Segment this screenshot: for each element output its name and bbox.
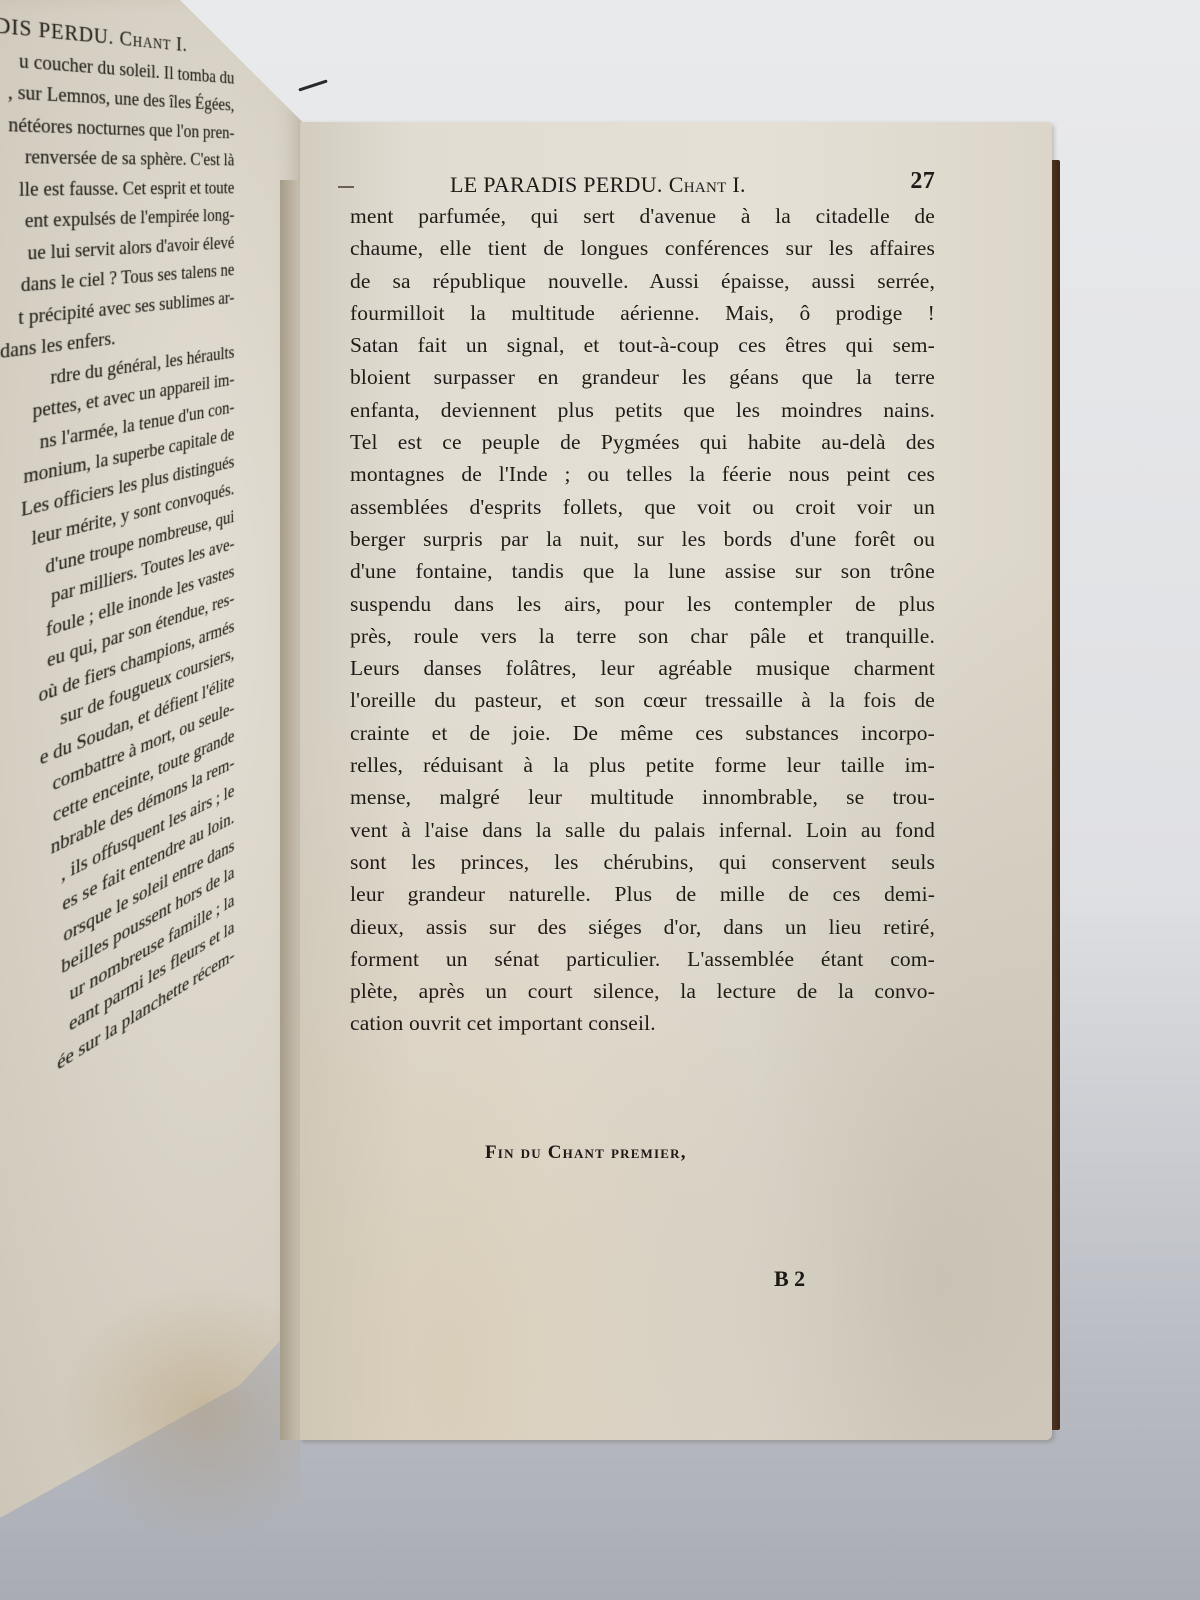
- text-line: dieux, assis sur des siéges d'or, dans u…: [350, 911, 935, 943]
- text-line: ment parfumée, qui sert d'avenue à la ci…: [350, 200, 935, 232]
- text-line: bloient surpasser en grandeur les géans …: [350, 361, 935, 393]
- body-text: ment parfumée, qui sert d'avenue à la ci…: [350, 200, 935, 1040]
- text-line: leur grandeur naturelle. Plus de mille d…: [350, 878, 935, 910]
- text-line: Satan fait un signal, et tout-à-coup ces…: [350, 329, 935, 361]
- text-line: Leurs danses folâtres, leur agréable mus…: [350, 652, 935, 684]
- text-line: fourmilloit la multitude aérienne. Mais,…: [350, 297, 935, 329]
- text-line: forment un sénat particulier. L'assemblé…: [350, 943, 935, 975]
- text-line: cation ouvrit cet important conseil.: [350, 1007, 935, 1039]
- text-line: de sa république nouvelle. Aussi épaisse…: [350, 265, 935, 297]
- text-line: sont les princes, les chérubins, qui con…: [350, 846, 935, 878]
- left-line: renversée de sa sphère. C'est là: [0, 140, 234, 173]
- text-line: l'oreille du pasteur, et son cœur tressa…: [350, 684, 935, 716]
- text-line: montagnes de l'Inde ; ou telles la féeri…: [350, 458, 935, 490]
- text-line: enfanta, deviennent plus petits que les …: [350, 394, 935, 426]
- text-line: d'une fontaine, tandis que la lune assis…: [350, 555, 935, 587]
- text-line: relles, réduisant à la plus petite forme…: [350, 749, 935, 781]
- text-line: près, roule vers la terre son char pâle …: [350, 620, 935, 652]
- running-head-chant: Chant I.: [669, 172, 746, 197]
- text-line: vent à l'aise dans la salle du palais in…: [350, 814, 935, 846]
- text-line: berger surpris par la nuit, sur les bord…: [350, 523, 935, 555]
- right-page-content: LE PARADIS PERDU.Chant I. 27 ment parfum…: [350, 166, 935, 1040]
- running-head-title: LE PARADIS PERDU.Chant I.: [450, 172, 746, 198]
- bookmark-thread: [298, 79, 327, 91]
- text-line: assemblées d'esprits follets, que voit o…: [350, 491, 935, 523]
- left-page-stain: [60, 1280, 300, 1540]
- text-line: mense, malgré leur multitude innombrable…: [350, 781, 935, 813]
- text-line: chaume, elle tient de longues conférence…: [350, 232, 935, 264]
- text-line: suspendu dans les airs, pour les contemp…: [350, 588, 935, 620]
- printer-dash-mark: [338, 186, 354, 188]
- signature-mark: B 2: [774, 1266, 805, 1292]
- text-line: crainte et de joie. De même ces substanc…: [350, 717, 935, 749]
- text-line: Tel est ce peuple de Pygmées qui habite …: [350, 426, 935, 458]
- book-photo-scene: DIS PERDU. Chant I. u coucher du soleil.…: [0, 0, 1200, 1600]
- left-line: lle est fausse. Cet esprit et toute: [0, 173, 234, 206]
- right-page: LE PARADIS PERDU.Chant I. 27 ment parfum…: [300, 122, 1052, 1440]
- chapter-end-colophon: Fin du Chant premier,: [485, 1142, 687, 1164]
- left-page-text: DIS PERDU. Chant I. u coucher du soleil.…: [0, 10, 234, 1115]
- page-number: 27: [910, 168, 935, 195]
- text-line: plète, après un court silence, la lectur…: [350, 975, 935, 1007]
- running-head: LE PARADIS PERDU.Chant I. 27: [350, 166, 935, 200]
